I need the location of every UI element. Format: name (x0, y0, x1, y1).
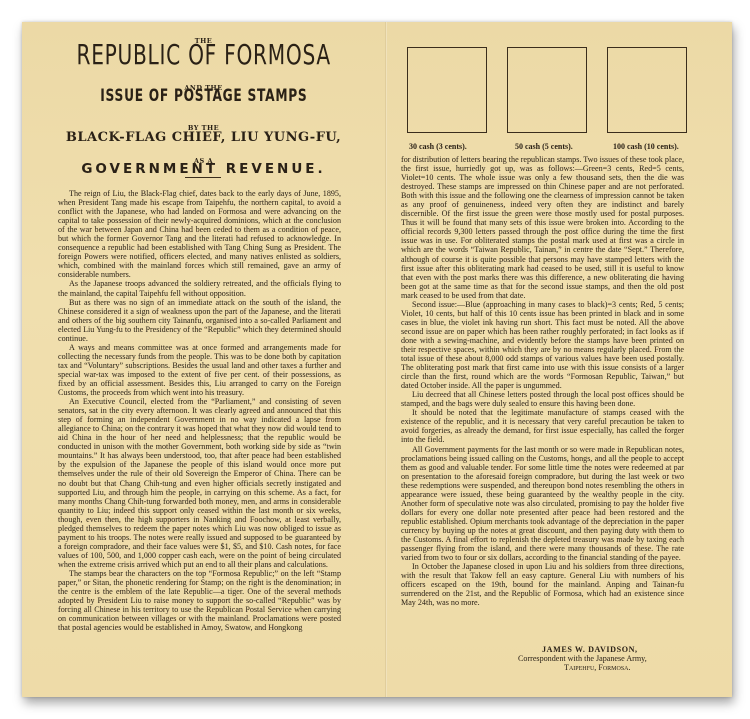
paragraph: The reign of Liu, the Black-Flag chief, … (58, 189, 341, 279)
stamp-caption: 100 cash (10 cents). (613, 142, 679, 151)
paragraph: As the Japanese troops advanced the sold… (58, 279, 341, 297)
left-page: THE REPUBLIC OF FORMOSA AND THE ISSUE OF… (22, 22, 385, 697)
right-column-text: for distribution of letters bearing the … (401, 155, 684, 607)
paragraph: It should be noted that the legitimate m… (401, 408, 684, 444)
paragraph: A ways and means committee was at once f… (58, 343, 341, 397)
paragraph: In October the Japanese closed in upon L… (401, 562, 684, 607)
document-sheet: THE REPUBLIC OF FORMOSA AND THE ISSUE OF… (22, 22, 732, 697)
heading-revenue: GOVERNMENT REVENUE. (22, 160, 385, 178)
stamp-placeholder-100-cash (607, 47, 687, 133)
heading-rule (185, 177, 221, 178)
stamp-caption: 50 cash (5 cents). (515, 142, 573, 151)
heading-chief: BLACK-FLAG CHIEF, LIU YUNG-FU, (22, 128, 385, 146)
paragraph: Second issue:—Blue (approaching in many … (401, 300, 684, 390)
paragraph: Liu decreed that all Chinese letters pos… (401, 390, 684, 408)
stamp-caption: 30 cash (3 cents). (409, 142, 467, 151)
paragraph: An Executive Council, elected from the “… (58, 397, 341, 569)
left-column-text: The reign of Liu, the Black-Flag chief, … (58, 189, 341, 632)
stamp-placeholder-30-cash (407, 47, 487, 133)
signature-role: Correspondent with the Japanese Army, (518, 654, 647, 663)
document-title: REPUBLIC OF FORMOSA (76, 38, 330, 71)
paragraph: The stamps bear the characters on the to… (58, 569, 341, 632)
signature-name: JAMES W. DAVIDSON, (542, 645, 638, 654)
document-subtitle: ISSUE OF POSTAGE STAMPS (100, 86, 307, 106)
heading-subtitle: ISSUE OF POSTAGE STAMPS (22, 86, 385, 106)
paragraph: But as there was no sign of an immediate… (58, 298, 341, 343)
heading-title: REPUBLIC OF FORMOSA (22, 38, 385, 71)
stamp-placeholder-50-cash (507, 47, 587, 133)
right-page: 30 cash (3 cents). 50 cash (5 cents). 10… (387, 22, 732, 697)
paragraph: All Government payments for the last mon… (401, 445, 684, 563)
paragraph: for distribution of letters bearing the … (401, 155, 684, 300)
signature-place: Taipehfu, Formosa. (564, 663, 631, 672)
